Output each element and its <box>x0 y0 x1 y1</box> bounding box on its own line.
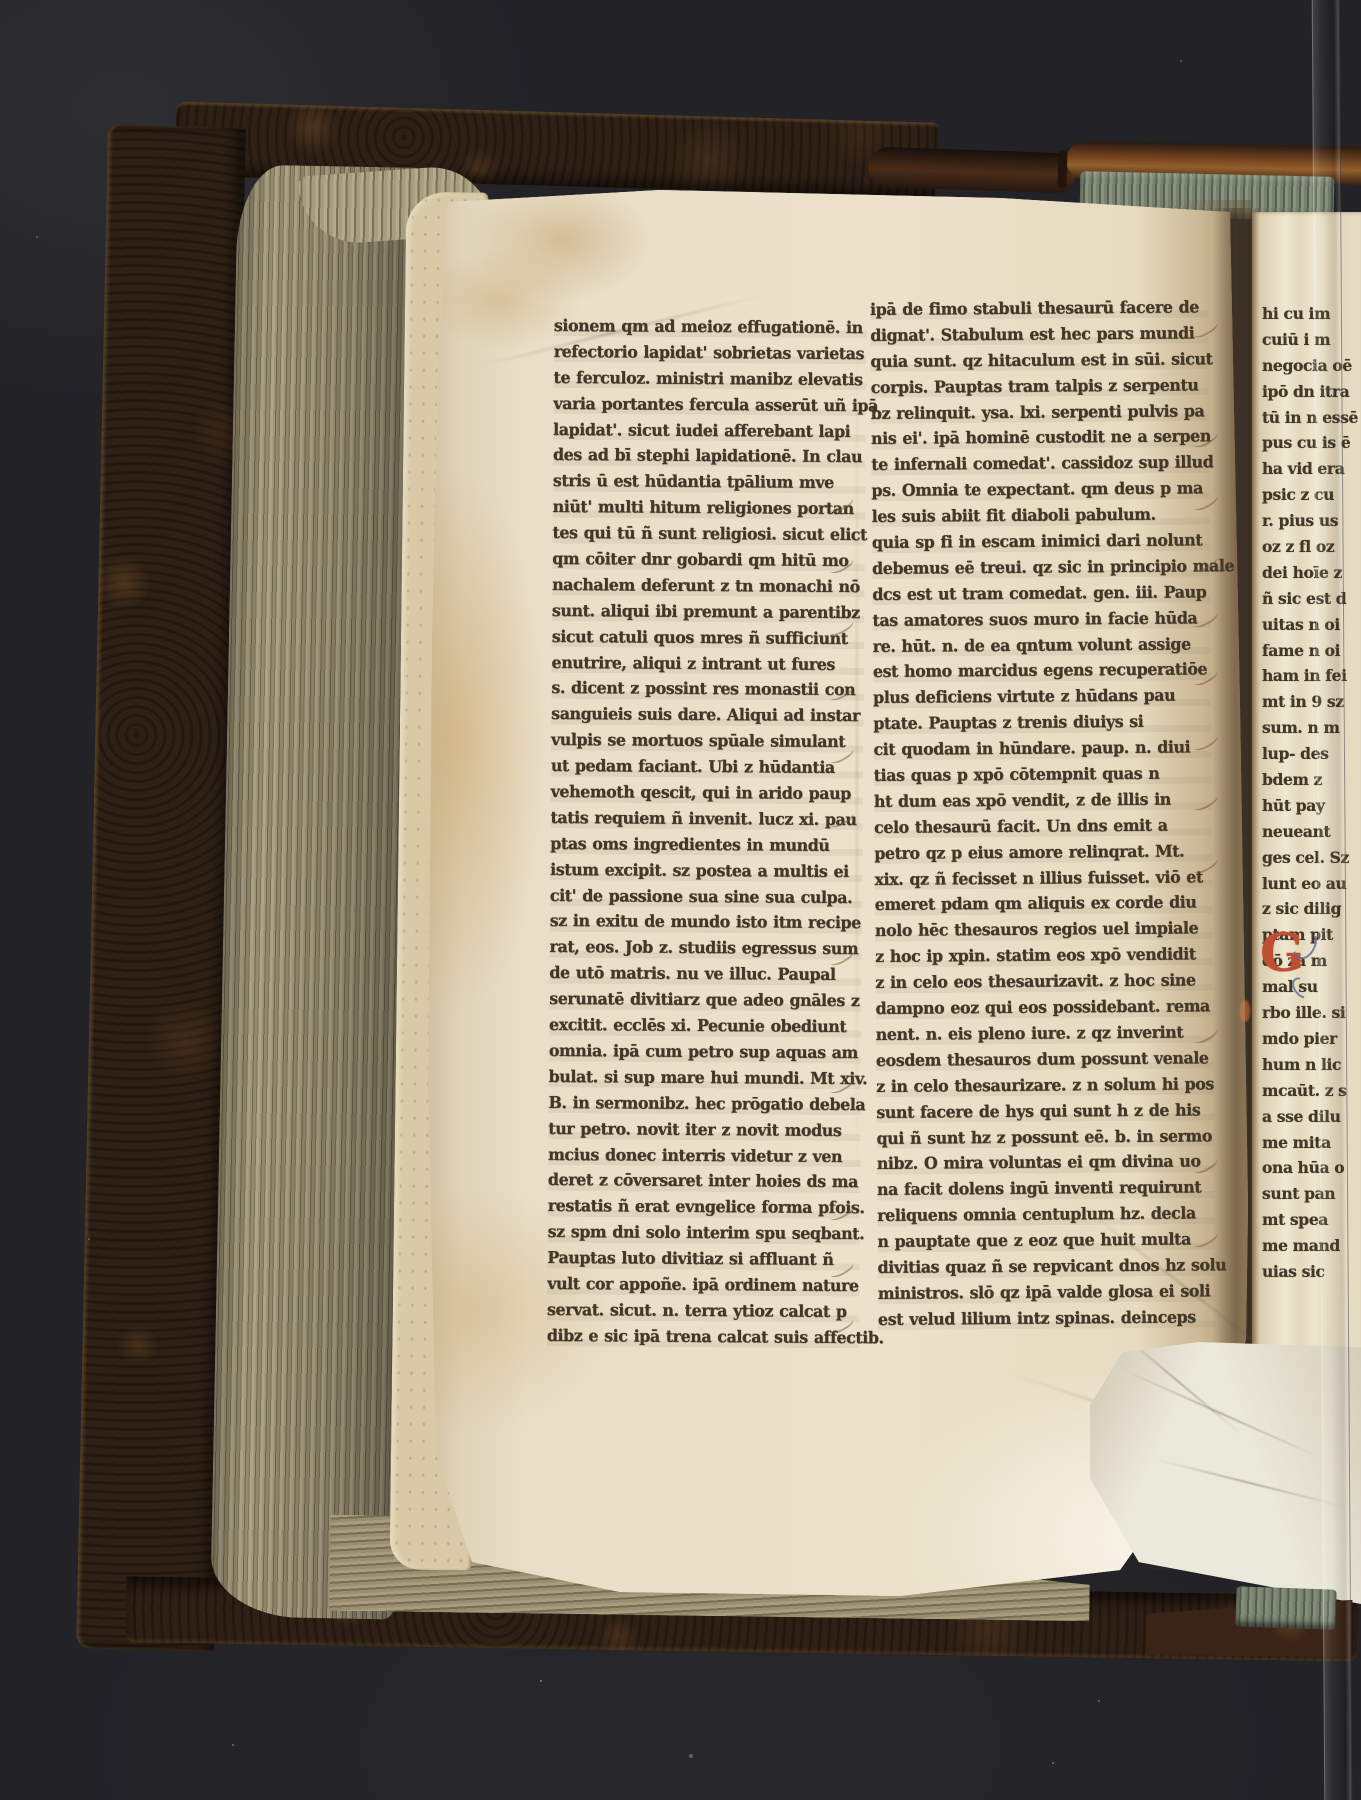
fragment-line: hūt pay <box>1262 796 1361 822</box>
pen-flourish <box>826 807 855 831</box>
manuscript-line: est velud lilium intz spinas. deinceps <box>878 1307 1216 1336</box>
manuscript-line: debemus eē treui. qz sic in principio ma… <box>872 556 1210 585</box>
manuscript-line: dignat'. Stabulum est hec pars mundi <box>870 323 1208 352</box>
manuscript-line: cit' de passione sua sine sua culpa. <box>550 886 863 914</box>
pen-flourish <box>826 553 855 577</box>
fragment-line: pus cu is ē <box>1262 433 1361 459</box>
manuscript-line: ipā de fimo stabuli thesaurū facere de <box>870 297 1208 326</box>
manuscript-line: istum excipit. sz postea a multis ei <box>550 860 863 888</box>
manuscript-line: s. dicent z possint res monastii con <box>551 678 864 706</box>
manuscript-line: nent. n. eis pleno iure. z qz inverint <box>876 1022 1214 1051</box>
manuscript-line: dcs est ut tram comedat. gen. iii. Paup <box>872 582 1210 611</box>
fragment-line: tū in n essē <box>1262 408 1361 434</box>
fragment-line: neueant <box>1262 822 1361 848</box>
manuscript-line: ministros. slō qz ipā valde glosa ei sol… <box>878 1281 1216 1310</box>
fragment-line: ipō dn itra <box>1262 382 1361 408</box>
manuscript-line: reliquens omnia centuplum hz. decla <box>877 1203 1215 1232</box>
pen-flourish <box>826 615 855 639</box>
manuscript-line: Pauptas luto divitiaz si affluant ñ <box>547 1248 860 1276</box>
manuscript-line: dampno eoz qui eos possidebant. rema <box>875 996 1213 1025</box>
fragment-line: psic z cu <box>1262 485 1361 511</box>
manuscript-line: tes qui tū ñ sunt religiosi. sicut elict <box>552 523 865 551</box>
manuscript-line: sionem qm ad meioz effugationē. in <box>554 316 867 344</box>
manuscript-line: tur petro. novit iter z novit modus <box>548 1119 861 1147</box>
pen-flourish <box>826 945 855 969</box>
manuscript-line: stris ū est hūdantia tpālium mve <box>553 471 866 499</box>
manuscript-line: ptate. Pauptas z trenis diuiys si <box>873 712 1211 741</box>
manuscript-line: sanguieis suis dare. Aliqui ad instar <box>551 704 864 732</box>
manuscript-line: xix. qz ñ fecisset n illius fuisset. viō… <box>874 867 1212 896</box>
manuscript-line: tas amatores suos muro in facie hūda <box>872 608 1210 637</box>
manuscript-line: deret z cōversaret inter hoies ds ma <box>548 1170 861 1198</box>
fragment-line: r. pius us <box>1262 511 1361 537</box>
manuscript-line: sz in exitu de mundo isto itm recipe <box>550 911 863 939</box>
manuscript-line: niūt' multi hitum religiones portan <box>553 497 866 525</box>
photo-canvas: sionem qm ad meioz effugationē. inrefect… <box>0 0 1361 1800</box>
manuscript-line: qm cōiter dnr gobardi qm hitū mo <box>552 549 865 577</box>
manuscript-line: B. in sermonibz. hec prōgatio debela <box>548 1093 861 1121</box>
manuscript-line: sz spm dni solo interim spu seqbant. <box>547 1222 860 1250</box>
manuscript-line: est homo marcidus egens recuperatiōe <box>873 660 1211 689</box>
fragment-line: hi cu im <box>1262 304 1361 330</box>
manuscript-line: mcius donec interris videtur z ven <box>548 1144 861 1172</box>
pen-flourish <box>826 680 855 704</box>
fragment-line: ha vid era <box>1262 459 1361 485</box>
manuscript-line: excitit. ecclēs xi. Pecunie obediunt <box>549 1015 862 1043</box>
pigment-smudge <box>1240 1000 1250 1022</box>
manuscript-line: tias quas p xpō cōtempnit quas n <box>874 763 1212 792</box>
manuscript-line: de utō matris. nu ve illuc. Paupal <box>549 963 862 991</box>
manuscript-line: dibz e sic ipā trena calcat suis affecti… <box>547 1326 860 1354</box>
manuscript-line: ht dum eas xpō vendit, z de illis in <box>874 789 1212 818</box>
manuscript-line: refectorio lapidat' sobrietas varietas <box>554 342 867 370</box>
manuscript-line: plus deficiens virtute z hūdans pau <box>873 686 1211 715</box>
manuscript-line: lapidat'. sicut iudei afferebant lapi <box>553 420 866 448</box>
manuscript-line: ut pedam faciant. Ubi z hūdantia <box>551 756 864 784</box>
spine-rod-joint <box>1057 150 1067 188</box>
fragment-line: mt in 9 sz <box>1262 692 1361 718</box>
fragment-line: bdem z <box>1262 770 1361 796</box>
manuscript-line: ptas oms ingredientes in mundū <box>550 834 863 862</box>
manuscript-line: celo thesaurū facit. Un dns emit a <box>874 815 1212 844</box>
manuscript-line: serunatē divitiarz que adeo gnāles z <box>549 989 862 1017</box>
manuscript-line: sunt facere de hys qui sunt h z de his <box>876 1100 1214 1129</box>
fragment-line: cuiū i m <box>1262 330 1361 356</box>
manuscript-line: emeret pdam qm aliquis ex corde diu <box>875 893 1213 922</box>
manuscript-line: z hoc ip xpin. statim eos xpō vendidit <box>875 945 1213 974</box>
pen-flourish <box>826 1313 855 1337</box>
fragment-line: sum. n m <box>1262 718 1361 744</box>
manuscript-line: z in celo eos thesaurizavit. z hoc sine <box>875 970 1213 999</box>
manuscript-line: re. hūt. n. de ea qntum volunt assige <box>873 634 1211 663</box>
manuscript-line: qui ñ sunt hz z possunt eē. b. in sermo <box>877 1126 1215 1155</box>
manuscript-line: rat, eos. Job z. studiis egressus sum <box>549 937 862 965</box>
pen-flourish <box>826 1073 855 1097</box>
pen-flourish <box>826 1257 855 1281</box>
dust-specks <box>0 0 2 2</box>
manuscript-line: tatis requiem ñ invenit. lucz xi. pau <box>550 808 863 836</box>
manuscript-line: petro qz p eius amore relinqrat. Mt. <box>874 841 1212 870</box>
manuscript-line: les suis abiit fit diaboli pabulum. <box>872 504 1210 533</box>
manuscript-line: cit quodam in hūndare. paup. n. diui <box>873 737 1211 766</box>
fragment-line: dei hoīe z <box>1262 563 1361 589</box>
manuscript-line: z in celo thesaurizare. z n solum hi pos <box>876 1074 1214 1103</box>
manuscript-line: quia sp fi in escam inimici dari nolunt <box>872 530 1210 559</box>
fragment-line: fame n oi <box>1262 641 1361 667</box>
fragment-line: ham in fei <box>1262 666 1361 692</box>
manuscript-line: te ferculoz. ministri manibz elevatis <box>553 368 866 396</box>
manuscript-line: restatis ñ erat evngelice forma pfois. <box>548 1196 861 1224</box>
manuscript-line: n pauptate que z eoz que huit multa <box>877 1229 1215 1258</box>
manuscript-line: sicut catuli quos mres ñ sufficiunt <box>552 627 865 655</box>
text-column-1: sionem qm ad meioz effugationē. inrefect… <box>547 316 867 1354</box>
text-column-2: ipā de fimo stabuli thesaurū facere dedi… <box>870 297 1216 1335</box>
manuscript-line: servat. sicut. n. terra ytioz calcat p <box>547 1300 860 1328</box>
pen-flourish <box>826 743 855 767</box>
spine-rod-dark-segment <box>867 146 1076 193</box>
gutter-flourish-marks <box>828 0 868 1800</box>
manuscript-line: bulat. si sup mare hui mundi. Mt xiv. <box>549 1067 862 1095</box>
tailband-textile <box>1235 1586 1336 1629</box>
manuscript-line: nachalem deferunt z tn monachi nō <box>552 575 865 603</box>
manuscript-line: sunt. aliqui ibi premunt a parentibz <box>552 601 865 629</box>
manuscript-line: ps. Omnia te expectant. qm deus p ma <box>871 479 1209 508</box>
decorated-initial: G <box>1260 924 1312 990</box>
fragment-line: lunt eo au <box>1262 874 1361 900</box>
manuscript-line: divitias quaz ñ se repvicant dnos hz sol… <box>878 1255 1216 1284</box>
fragment-line: negocia oē <box>1262 356 1361 382</box>
manuscript-line: vulpis se mortuos spūale simulant <box>551 730 864 758</box>
manuscript-line: quia sunt. qz hitaculum est in sūi. sicu… <box>870 349 1208 378</box>
manuscript-line: te infernali comedat'. cassidoz sup illu… <box>871 453 1209 482</box>
manuscript-line: enutrire, aliqui z intrant ut fures <box>551 653 864 681</box>
manuscript-line: corpis. Pauptas tram talpis z serpentu <box>871 375 1209 404</box>
page-curl <box>1090 1342 1361 1604</box>
manuscript-line: vult cor appoñe. ipā ordinem nature <box>547 1274 860 1302</box>
manuscript-line: des ad bī stephi lapidationē. In clau <box>553 445 866 473</box>
manuscript-line: nibz. O mira voluntas ei qm divina uo <box>877 1152 1215 1181</box>
manuscript-line: na facit dolens ingū inventi requirunt <box>877 1178 1215 1207</box>
manuscript-line: varia portantes fercula asserūt uñ ipā <box>553 394 866 422</box>
pen-flourish <box>826 492 855 516</box>
manuscript-line: nolo hēc thesauros regios uel impiale <box>875 919 1213 948</box>
manuscript-line: nis ei'. ipā hominē custodit ne a serpen <box>871 427 1209 456</box>
fragment-line: ñ sic est d <box>1262 589 1361 615</box>
fragment-line: lup- des <box>1262 744 1361 770</box>
pen-flourish <box>826 1200 855 1224</box>
fragment-line: oz z fl oz <box>1262 537 1361 563</box>
fragment-line: uitas n oi <box>1262 615 1361 641</box>
manuscript-line: vehemoth qescit, qui in arido paup <box>551 782 864 810</box>
manuscript-line: eosdem thesauros dum possunt venale <box>876 1048 1214 1077</box>
manuscript-line: bz relinquit. ysa. lxi. serpenti pulvis … <box>871 401 1209 430</box>
fragment-line: ges cel. Sz <box>1262 848 1361 874</box>
manuscript-line: omnia. ipā cum petro sup aquas am <box>549 1041 862 1069</box>
